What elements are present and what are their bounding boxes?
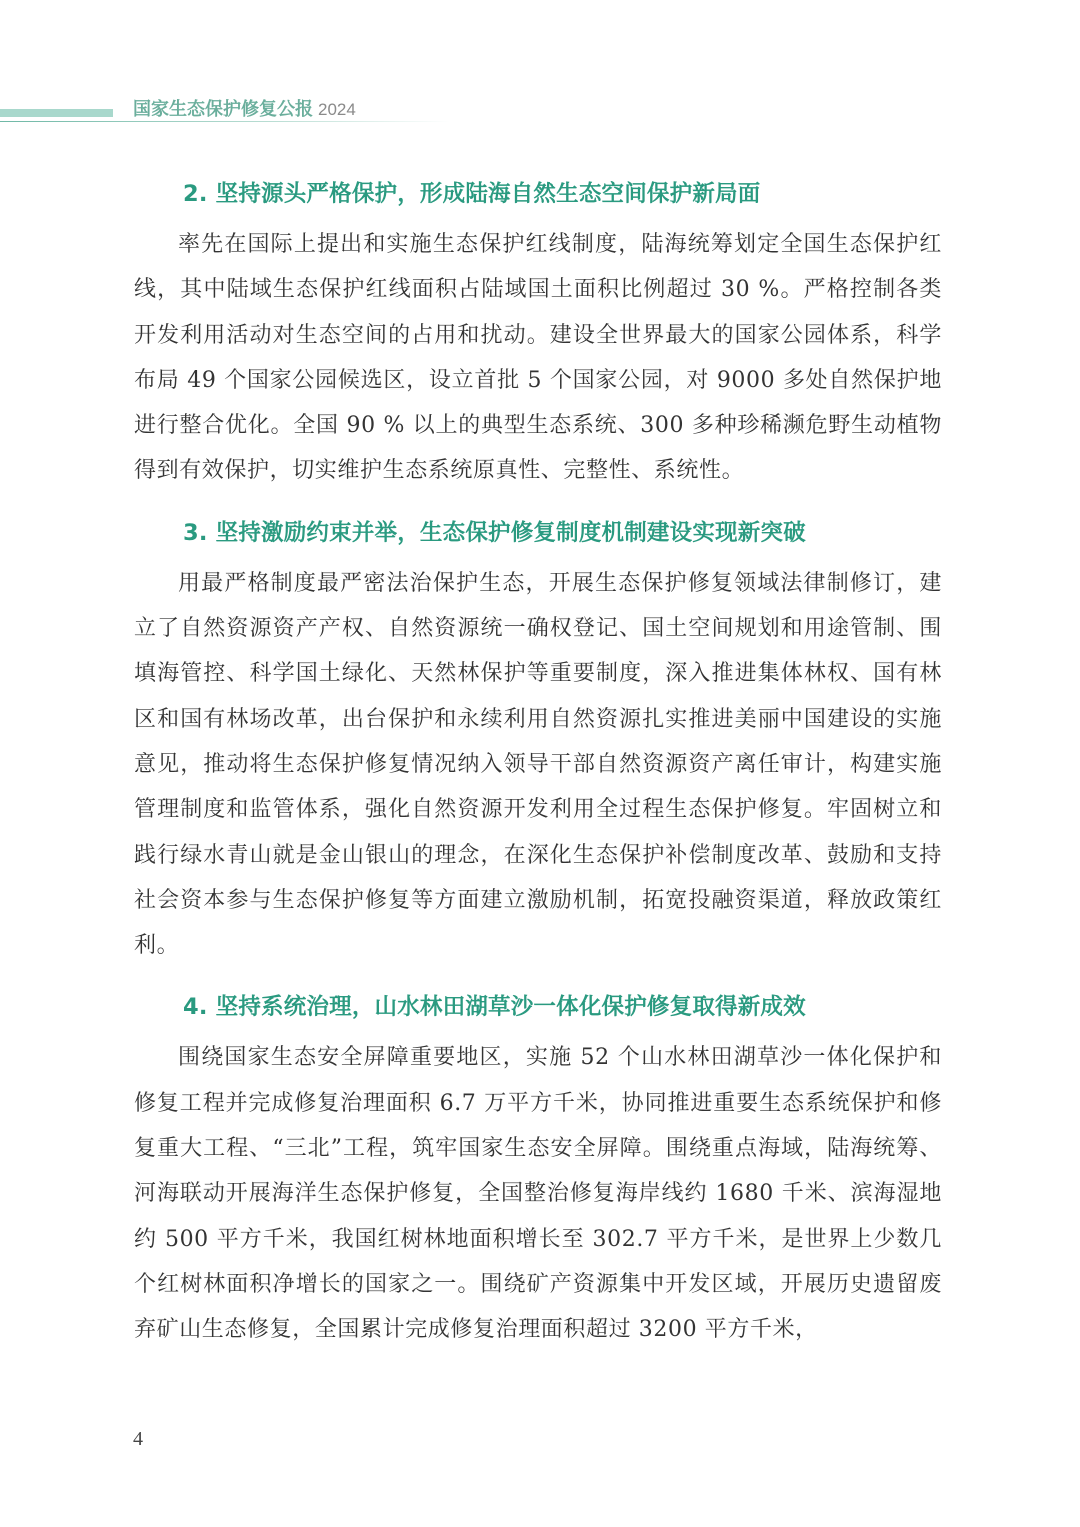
section-4: 4. 坚持系统治理，山水林田湖草沙一体化保护修复取得新成效 围绕国家生态安全屏障… [134,986,942,1352]
header-year: 2024 [318,100,356,119]
section-paragraph: 围绕国家生态安全屏障重要地区，实施 52 个山水林田湖草沙一体化保护和修复工程并… [134,1035,942,1352]
header-title-text: 国家生态保护修复公报 [133,99,313,120]
running-header: 国家生态保护修复公报2024 [0,99,460,125]
header-title: 国家生态保护修复公报2024 [133,99,356,121]
section-heading: 4. 坚持系统治理，山水林田湖草沙一体化保护修复取得新成效 [183,986,942,1028]
header-divider [0,121,450,122]
page-content: 2. 坚持源头严格保护，形成陆海自然生态空间保护新局面 率先在国际上提出和实施生… [134,173,942,1371]
section-2: 2. 坚持源头严格保护，形成陆海自然生态空间保护新局面 率先在国际上提出和实施生… [134,173,942,494]
header-accent-bar [0,109,113,117]
section-paragraph: 率先在国际上提出和实施生态保护红线制度，陆海统筹划定全国生态保护红线，其中陆域生… [134,222,942,494]
section-heading: 3. 坚持激励约束并举，生态保护修复制度机制建设实现新突破 [183,512,942,554]
page-number: 4 [133,1428,143,1451]
section-3: 3. 坚持激励约束并举，生态保护修复制度机制建设实现新突破 用最严格制度最严密法… [134,512,942,969]
section-heading: 2. 坚持源头严格保护，形成陆海自然生态空间保护新局面 [183,173,942,215]
section-paragraph: 用最严格制度最严密法治保护生态，开展生态保护修复领域法律制修订，建立了自然资源资… [134,561,942,969]
